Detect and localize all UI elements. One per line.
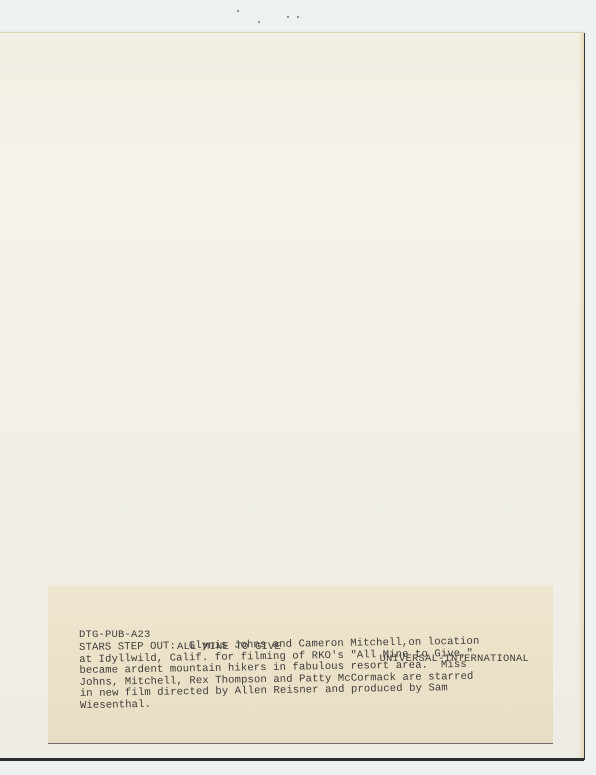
- speck: [297, 16, 299, 18]
- caption-body: STARS STEP OUT: Glynis Johns and Cameron…: [79, 636, 550, 713]
- scanner-specks: [0, 0, 596, 32]
- speck: [237, 10, 239, 12]
- caption-code: DTG-PUB-A23: [79, 629, 151, 641]
- caption-slip: DTG-PUB-A23 ALL MINE TO GIVE UNIVERSAL-I…: [48, 585, 553, 743]
- speck: [258, 21, 260, 23]
- speck: [287, 16, 289, 18]
